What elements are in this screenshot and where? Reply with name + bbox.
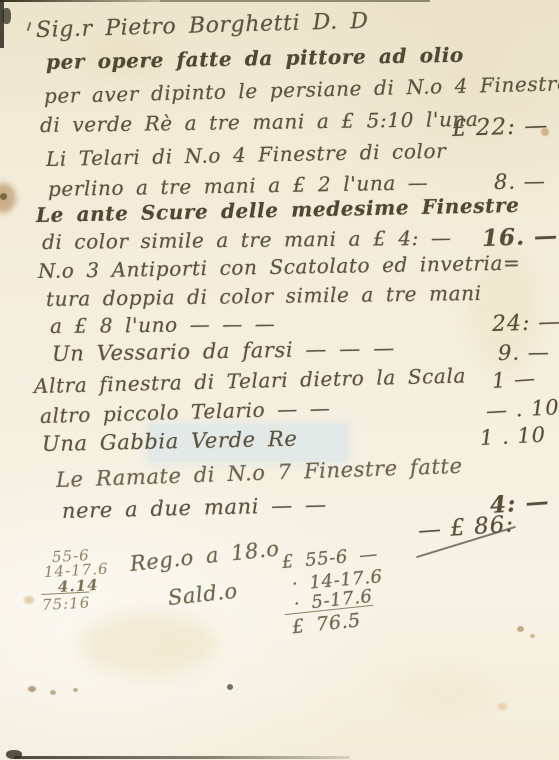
amount-value: 24: —	[492, 310, 559, 337]
manuscript-line: Altra finestra di Telari dietro la Scala	[34, 363, 467, 398]
page-edge-shadow	[6, 750, 22, 759]
manuscript-line: a £ 8 l'uno — — —	[50, 312, 276, 338]
footer-note: Sald.o	[167, 579, 239, 610]
foxing-stain	[0, 193, 7, 200]
foxing-stain	[497, 703, 507, 710]
foxing-stain	[24, 596, 34, 604]
manuscript-line: di verde Rè a tre mani a £ 5:10 l'una	[40, 107, 479, 137]
manuscript-line: di color simile a tre mani a £ 4: —	[42, 226, 452, 254]
amount-value: 1 . 10	[479, 423, 546, 450]
page-edge-shadow	[0, 0, 160, 2]
foxing-stain	[530, 634, 535, 638]
footer-note: Reg.o a 18.o	[129, 536, 281, 576]
foxing-stain	[73, 688, 78, 692]
page-edge-shadow	[0, 0, 4, 48]
manuscript-line: N.o 3 Antiporti con Scatolato ed invetri…	[38, 251, 521, 283]
total-amount: — £ 86:	[417, 511, 515, 544]
manuscript-line: per opere fatte da pittore ad olio	[46, 43, 464, 74]
pencil-sum-total: 75:16	[41, 591, 90, 613]
amount-value: 16. —	[482, 222, 559, 252]
amount-value: 8. —	[494, 169, 546, 194]
foxing-stain	[50, 690, 56, 695]
manuscript-line: nere a due mani — —	[62, 493, 327, 523]
manuscript-line: Un Vessario da farsi — — —	[52, 336, 395, 366]
amount-value: — . 10	[485, 395, 559, 423]
amount-value: £ 22: —	[452, 113, 549, 142]
page-edge-shadow	[14, 756, 350, 759]
amount-value: 1 —	[491, 366, 537, 393]
foxing-stain	[517, 626, 524, 632]
manuscript-line: Li Telari di N.o 4 Finestre di color	[46, 139, 447, 171]
ink-speck	[227, 684, 233, 690]
foxing-stain	[0, 183, 16, 213]
foxing-stain	[396, 672, 496, 716]
foxing-stain	[78, 612, 218, 676]
page-edge-shadow	[160, 0, 430, 2]
foxing-stain	[28, 686, 36, 692]
header-line: Sig.r Pietro Borghetti D. D	[36, 9, 369, 43]
manuscript-page: Sig.r Pietro Borghetti D. D per opere fa…	[0, 0, 559, 760]
manuscript-line: per aver dipinto le persiane di N.o 4 Fi…	[44, 71, 559, 108]
amount-value: 9. —	[498, 340, 550, 365]
manuscript-line: tura doppia di color simile a tre mani	[46, 281, 482, 311]
ink-tick-mark	[27, 22, 32, 31]
